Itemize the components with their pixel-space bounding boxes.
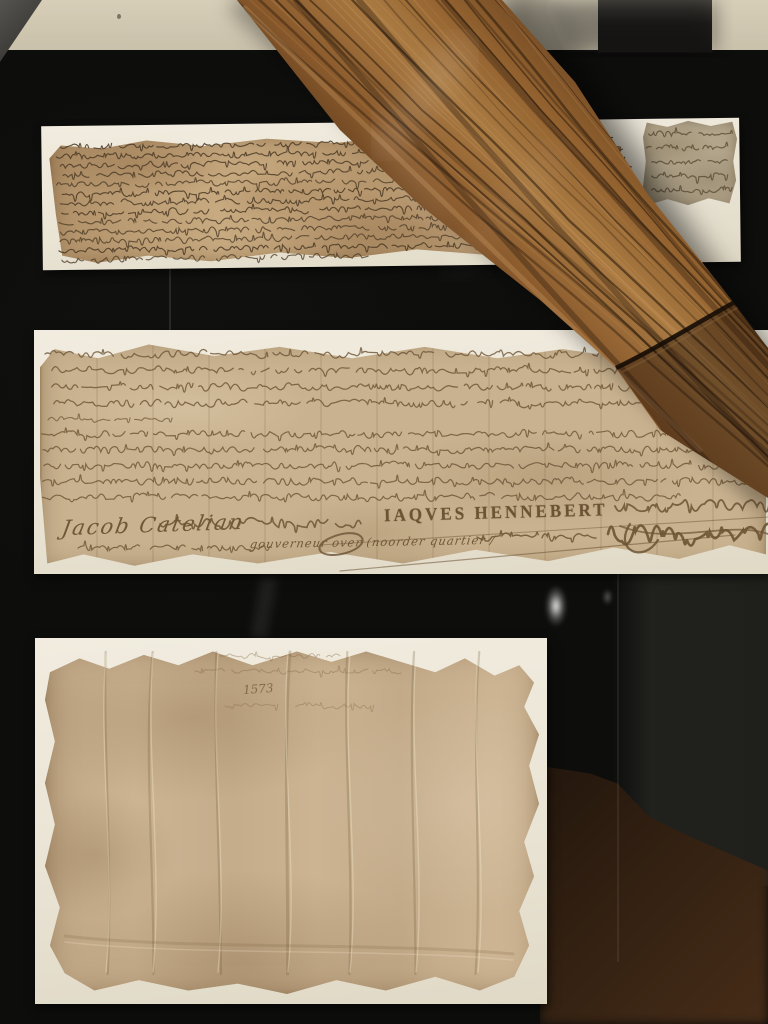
display-case-photo: Jacob Catelian IAQVES HENNEBERT gouverne…	[0, 0, 768, 1024]
wooden-handrail	[0, 0, 768, 1024]
